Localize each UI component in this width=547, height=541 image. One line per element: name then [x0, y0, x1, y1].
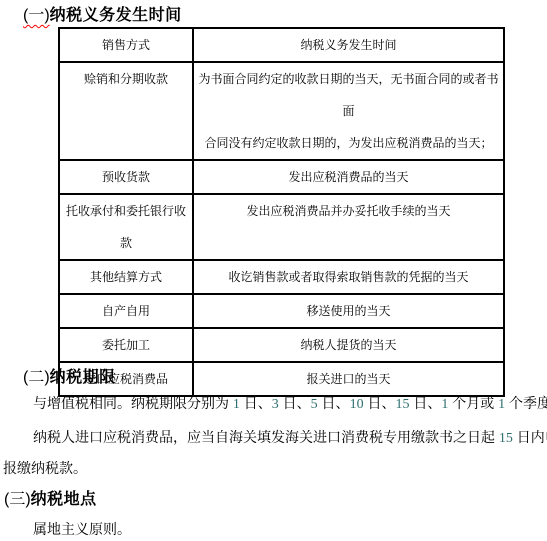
numeral-text: 15 [499, 431, 513, 446]
table-row: 其他结算方式 收讫销售款或者取得索取销售款的凭据的当天 [59, 260, 504, 294]
table-cell: 移送使用的当天 [193, 294, 504, 328]
numeral-text: 15 [395, 397, 409, 412]
paragraph-tax-period: 与增值税相同。纳税期限分别为 1 日、3 日、5 日、10 日、15 日、1 个… [33, 396, 547, 412]
numeral-text: 10 [350, 397, 364, 412]
table-cell: 发出应税消费品并办妥托收手续的当天 [193, 194, 504, 260]
body-text: 纳税人进口应税消费品，应当自海关填发海关进口消费税专用缴款书之日起 [33, 429, 499, 445]
body-text: 日内申 [513, 429, 547, 445]
table-cell: 报关进口的当天 [193, 362, 504, 396]
paragraph-import-payment-line1: 纳税人进口应税消费品，应当自海关填发海关进口消费税专用缴款书之日起 15 日内申 [33, 430, 547, 446]
table-row: 进口应税消费品 报关进口的当天 [59, 362, 504, 396]
table-cell: 托收承付和委托银行收 款 [59, 194, 193, 260]
heading-number-2: (二) [23, 369, 50, 386]
table-row: 赊销和分期收款 为书面合同约定的收款日期的当天，无书面合同的或者书面 合同没有约… [59, 62, 504, 160]
table-cell: 预收货款 [59, 160, 193, 194]
heading-number-1: (一) [23, 7, 50, 24]
tax-obligation-time-table: 销售方式 纳税义务发生时间 赊销和分期收款 为书面合同约定的收款日期的当天，无书… [58, 27, 505, 397]
body-text: 日、 [318, 395, 350, 411]
numeral-text: 1 [233, 397, 240, 412]
section-heading-tax-obligation-time: (一)纳税义务发生时间 [23, 7, 182, 25]
body-text: 与增值税相同。纳税期限分别为 [33, 395, 233, 411]
table-cell: 其他结算方式 [59, 260, 193, 294]
body-text: 日、 [409, 395, 441, 411]
table-cell: 赊销和分期收款 [59, 62, 193, 160]
numeral-text: 3 [272, 397, 279, 412]
document-page: (一)纳税义务发生时间 销售方式 纳税义务发生时间 赊销和分期收款 为书面合同约… [0, 0, 547, 541]
body-text: 日、 [240, 395, 272, 411]
table-cell: 为书面合同约定的收款日期的当天，无书面合同的或者书面 合同没有约定收款日期的，为… [193, 62, 504, 160]
table-row: 委托加工 纳税人提货的当天 [59, 328, 504, 362]
table-row: 自产自用 移送使用的当天 [59, 294, 504, 328]
heading-title-3: 纳税地点 [31, 491, 97, 508]
table-cell: 纳税义务发生时间 [193, 28, 504, 62]
body-text: 日、 [279, 395, 311, 411]
heading-title-2: 纳税期限 [50, 369, 116, 386]
section-heading-tax-period: (二)纳税期限 [23, 369, 116, 387]
table-row: 预收货款 发出应税消费品的当天 [59, 160, 504, 194]
paragraph-import-payment-line2: 报缴纳税款。 [3, 461, 87, 476]
table-cell: 收讫销售款或者取得索取销售款的凭据的当天 [193, 260, 504, 294]
table-row: 托收承付和委托银行收 款 发出应税消费品并办妥托收手续的当天 [59, 194, 504, 260]
paragraph-tax-place: 属地主义原则。 [33, 522, 131, 537]
table-cell: 发出应税消费品的当天 [193, 160, 504, 194]
table-cell: 自产自用 [59, 294, 193, 328]
table-cell: 委托加工 [59, 328, 193, 362]
section-heading-tax-place: (三)纳税地点 [4, 491, 97, 509]
heading-number-3: (三) [4, 491, 31, 508]
table-row: 销售方式 纳税义务发生时间 [59, 28, 504, 62]
table-cell: 销售方式 [59, 28, 193, 62]
body-text: 个月或 [448, 395, 498, 411]
table-cell: 纳税人提货的当天 [193, 328, 504, 362]
numeral-text: 5 [311, 397, 318, 412]
body-text: 个季度 [505, 395, 547, 411]
heading-title-1: 纳税义务发生时间 [50, 7, 182, 24]
body-text: 日、 [364, 395, 396, 411]
